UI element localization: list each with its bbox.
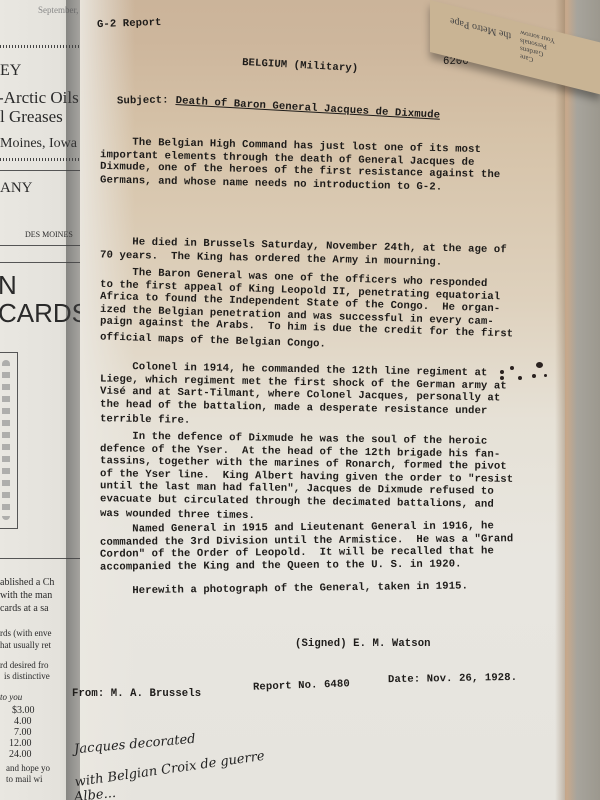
g2-report-page: G-2 Report BELGIUM (Military) 6200 Subje… [80,0,565,800]
magazine-text: to mail wi [6,774,43,784]
subject-text: Death of Baron General Jacques de Dixmud… [175,95,440,122]
price: 12.00 [9,738,32,749]
ink-stains [500,362,550,382]
magazine-text: hat usually ret [0,640,51,650]
magazine-headline: N [0,270,17,301]
body-line: official maps of the Belgian Congo. [100,331,326,350]
body-line: terrible fire. [100,414,191,428]
magazine-ad-line: l Greases [0,107,63,127]
report-title: BELGIUM (Military) [242,57,359,75]
body-line: Herewith a photograph of the General, ta… [100,580,468,597]
price: 7.00 [14,727,32,738]
floral-illustration [2,360,10,520]
report-type: G-2 Report [97,17,162,31]
price: 24.00 [9,749,32,760]
magazine-text: with the man [0,590,52,601]
subject-label: Subject: [117,95,169,108]
magazine-company: ANY [0,180,33,197]
report-number: Report No. 6480 [253,678,350,693]
magazine-text: ablished a Ch [0,577,54,588]
magazine-text: rds (with enve [0,628,52,638]
magazine-text: cards at a sa [0,603,49,614]
price-header: to you [0,692,22,702]
magazine-text: rd desired fro [0,660,48,670]
body-line: accompanied the King and the Queen to th… [100,558,462,573]
handwritten-note: Jacques decorated [74,732,197,758]
magazine-company: EY [0,62,21,80]
body-line: was wounded three times. [100,508,255,522]
report-date: Date: Nov. 26, 1928. [388,672,517,686]
magazine-text: and hope yo [6,763,50,773]
handwritten-note: with Belgian Croix de guerre [74,749,266,790]
magazine-text: is distinctive [4,671,50,681]
clipping-text: the Metro Pape [450,15,511,41]
price: $3.00 [12,705,35,716]
price: 4.00 [14,716,32,727]
signature-line: (Signed) E. M. Watson [295,638,431,650]
from-line: From: M. A. Brussels [72,688,201,700]
